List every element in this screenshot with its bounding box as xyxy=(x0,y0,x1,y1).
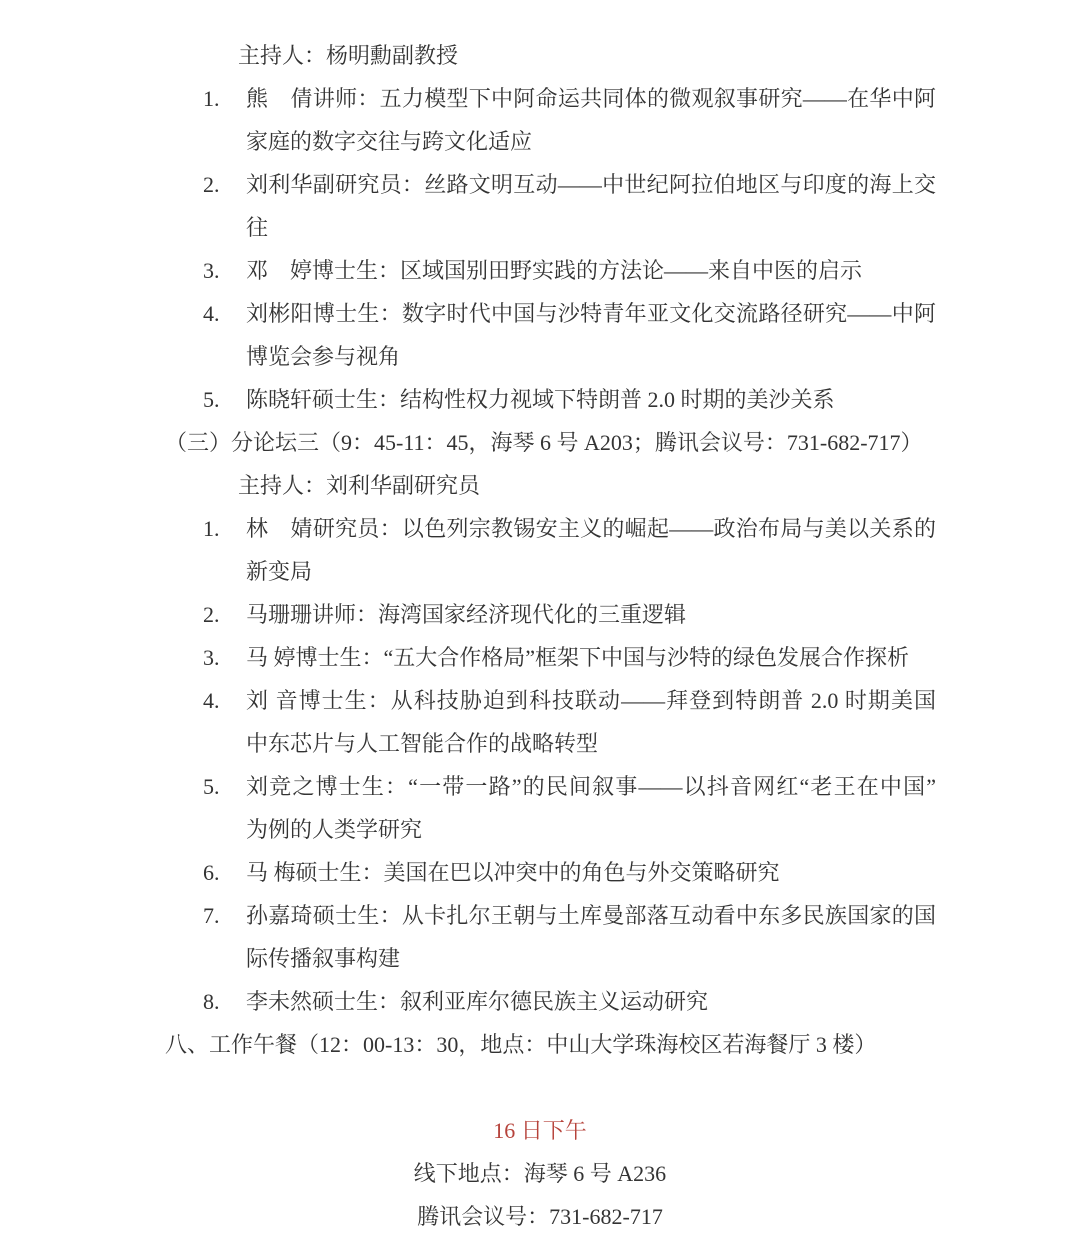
forum2-item-2-continuation: 往 xyxy=(0,206,1080,249)
item-text: 孙嘉琦硕士生：从卡扎尔王朝与土库曼部落互动看中东多民族国家的国 xyxy=(246,894,936,937)
blank-line xyxy=(0,1066,1080,1109)
item-text: 刘竞之博士生：“一带一路”的民间叙事——以抖音网红“老王在中国” xyxy=(246,765,936,808)
item-number: 1. xyxy=(203,77,246,120)
forum3-section-heading: （三）分论坛三（9：45-11：45，海琴 6 号 A203；腾讯会议号：731… xyxy=(0,421,1080,464)
item-text: 邓 婷博士生：区域国别田野实践的方法论——来自中医的启示 xyxy=(246,258,862,283)
item-number: 4. xyxy=(203,679,246,722)
item-text: 陈晓轩硕士生：结构性权力视域下特朗普 2.0 时期的美沙关系 xyxy=(246,387,835,412)
afternoon-venue-line: 线下地点：海琴 6 号 A236 xyxy=(0,1152,1080,1195)
lunch-heading: 八、工作午餐（12：00-13：30，地点：中山大学珠海校区若海餐厅 3 楼） xyxy=(0,1023,1080,1066)
item-text: 马 婷博士生：“五大合作格局”框架下中国与沙特的绿色发展合作探析 xyxy=(246,645,909,670)
item-text: 林 婧研究员：以色列宗教锡安主义的崛起——政治布局与美以关系的 xyxy=(246,507,936,550)
forum3-item-4-continuation: 中东芯片与人工智能合作的战略转型 xyxy=(0,722,1080,765)
forum3-item-7: 7.孙嘉琦硕士生：从卡扎尔王朝与土库曼部落互动看中东多民族国家的国 xyxy=(0,894,1080,937)
forum3-item-7-continuation: 际传播叙事构建 xyxy=(0,937,1080,980)
forum2-item-3: 3.邓 婷博士生：区域国别田野实践的方法论——来自中医的启示 xyxy=(0,249,1080,292)
document-page: 主持人：杨明勳副教授 1.熊 倩讲师：五力模型下中阿命运共同体的微观叙事研究——… xyxy=(0,0,1080,1243)
forum3-item-5: 5.刘竞之博士生：“一带一路”的民间叙事——以抖音网红“老王在中国” xyxy=(0,765,1080,808)
afternoon-title: 16 日下午 xyxy=(0,1109,1080,1152)
forum2-item-4-continuation: 博览会参与视角 xyxy=(0,335,1080,378)
item-number: 5. xyxy=(203,378,246,421)
item-number: 6. xyxy=(203,851,246,894)
forum2-item-4: 4.刘彬阳博士生：数字时代中国与沙特青年亚文化交流路径研究——中阿 xyxy=(0,292,1080,335)
item-number: 4. xyxy=(203,292,246,335)
forum2-host-line: 主持人：杨明勳副教授 xyxy=(0,34,1080,77)
forum2-item-2: 2.刘利华副研究员：丝路文明互动——中世纪阿拉伯地区与印度的海上交 xyxy=(0,163,1080,206)
forum2-item-1: 1.熊 倩讲师：五力模型下中阿命运共同体的微观叙事研究——在华中阿 xyxy=(0,77,1080,120)
forum3-item-2: 2.马珊珊讲师：海湾国家经济现代化的三重逻辑 xyxy=(0,593,1080,636)
item-text: 刘彬阳博士生：数字时代中国与沙特青年亚文化交流路径研究——中阿 xyxy=(246,292,936,335)
forum2-item-1-continuation: 家庭的数字交往与跨文化适应 xyxy=(0,120,1080,163)
forum3-item-1-continuation: 新变局 xyxy=(0,550,1080,593)
item-number: 3. xyxy=(203,249,246,292)
item-number: 2. xyxy=(203,593,246,636)
item-text: 熊 倩讲师：五力模型下中阿命运共同体的微观叙事研究——在华中阿 xyxy=(246,77,936,120)
forum2-item-5: 5.陈晓轩硕士生：结构性权力视域下特朗普 2.0 时期的美沙关系 xyxy=(0,378,1080,421)
item-text: 马珊珊讲师：海湾国家经济现代化的三重逻辑 xyxy=(246,602,686,627)
afternoon-meeting-id-line: 腾讯会议号：731-682-717 xyxy=(0,1195,1080,1238)
item-number: 5. xyxy=(203,765,246,808)
item-text: 刘 音博士生：从科技胁迫到科技联动——拜登到特朗普 2.0 时期美国 xyxy=(246,679,936,722)
item-number: 1. xyxy=(203,507,246,550)
item-text: 李未然硕士生：叙利亚库尔德民族主义运动研究 xyxy=(246,989,708,1014)
item-text: 刘利华副研究员：丝路文明互动——中世纪阿拉伯地区与印度的海上交 xyxy=(246,163,936,206)
item-text: 马 梅硕士生：美国在巴以冲突中的角色与外交策略研究 xyxy=(246,860,780,885)
forum3-item-4: 4.刘 音博士生：从科技胁迫到科技联动——拜登到特朗普 2.0 时期美国 xyxy=(0,679,1080,722)
forum3-host-line: 主持人：刘利华副研究员 xyxy=(0,464,1080,507)
forum3-item-5-continuation: 为例的人类学研究 xyxy=(0,808,1080,851)
forum3-item-6: 6.马 梅硕士生：美国在巴以冲突中的角色与外交策略研究 xyxy=(0,851,1080,894)
item-number: 2. xyxy=(203,163,246,206)
item-number: 8. xyxy=(203,980,246,1023)
item-number: 7. xyxy=(203,894,246,937)
forum3-item-1: 1.林 婧研究员：以色列宗教锡安主义的崛起——政治布局与美以关系的 xyxy=(0,507,1080,550)
forum3-item-8: 8.李未然硕士生：叙利亚库尔德民族主义运动研究 xyxy=(0,980,1080,1023)
forum3-item-3: 3.马 婷博士生：“五大合作格局”框架下中国与沙特的绿色发展合作探析 xyxy=(0,636,1080,679)
item-number: 3. xyxy=(203,636,246,679)
